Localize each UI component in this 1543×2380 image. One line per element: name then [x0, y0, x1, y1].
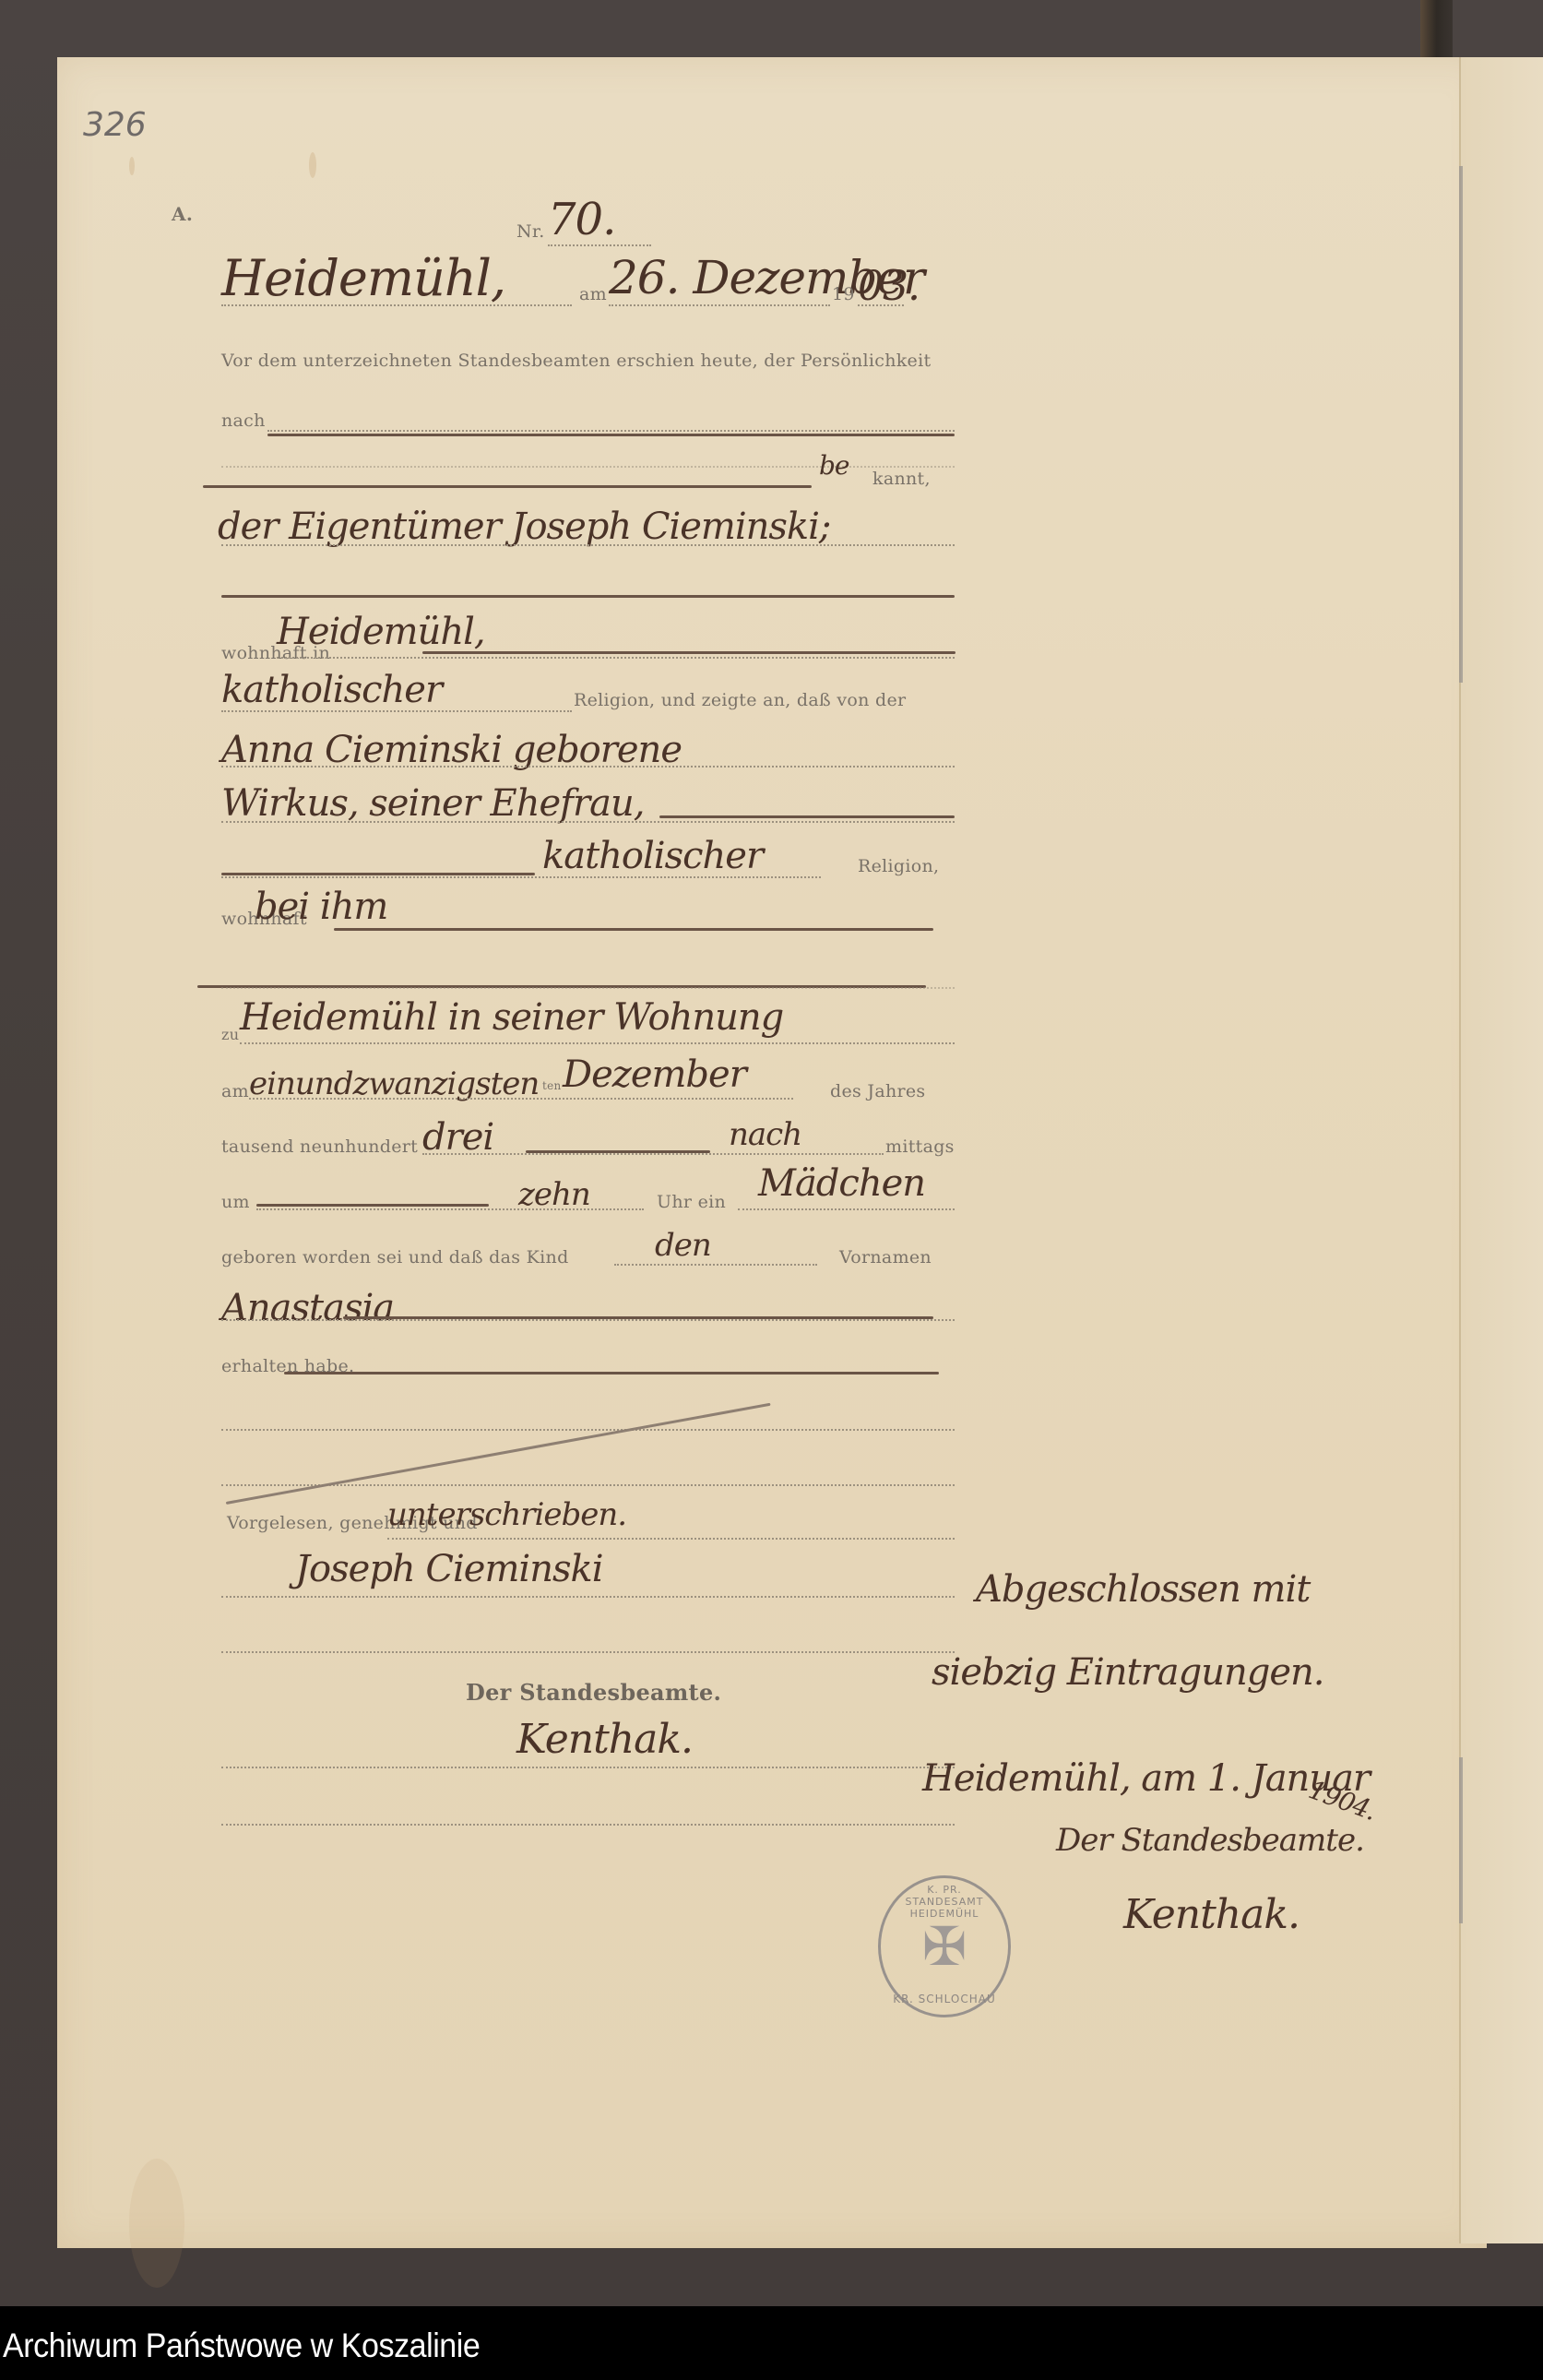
- mittags-label: mittags: [885, 1136, 955, 1157]
- paper-stain: [129, 157, 135, 175]
- rule: [221, 821, 955, 823]
- registrar-title: Der Standesbeamte.: [466, 1679, 721, 1706]
- mother-religion: katholischer: [542, 835, 763, 877]
- um-label: um: [221, 1192, 250, 1212]
- informant-religion: katholischer: [221, 669, 442, 711]
- blank-line: [334, 928, 933, 931]
- rule: [738, 1208, 955, 1210]
- signed-value: unterschrieben.: [387, 1496, 626, 1533]
- rule: [249, 1098, 793, 1100]
- intro-text: Vor dem unterzeichneten Standesbeamten e…: [221, 351, 931, 371]
- paper-stain: [129, 2159, 184, 2288]
- rule: [221, 544, 955, 546]
- rule: [609, 304, 830, 306]
- closing-note-registrar-title: Der Standesbeamte.: [1056, 1822, 1364, 1859]
- nach-label: nach: [221, 411, 266, 431]
- registrar-signature: Kenthak.: [516, 1716, 693, 1763]
- rule: [256, 1208, 644, 1210]
- blank-line: [422, 651, 955, 654]
- registration-place: Heidemühl,: [221, 249, 505, 307]
- des-jahres-label: des Jahres: [830, 1081, 925, 1101]
- kannt-prefix: be: [819, 450, 849, 481]
- mother-residence: bei ihm: [255, 886, 387, 928]
- blank-line: [221, 873, 535, 875]
- page-number-pencil: 326: [83, 106, 147, 144]
- birth-day: einundzwanzigsten: [249, 1065, 539, 1102]
- birth-hour: zehn: [518, 1176, 590, 1213]
- registry-office-stamp: K. PR. STANDESAMT HEIDEMÜHL ✠ KR. SCHLOC…: [878, 1875, 1011, 2017]
- rule: [277, 657, 955, 659]
- stamp-top-text: K. PR. STANDESAMT HEIDEMÜHL: [890, 1884, 999, 1920]
- closing-note-registrar-signature: Kenthak.: [1123, 1891, 1300, 1938]
- rule: [221, 304, 572, 306]
- archive-caption-bar: Archiwum Państwowe w Koszalinie: [0, 2306, 1543, 2380]
- binding-thread: [1459, 166, 1463, 683]
- am-label: am: [579, 284, 607, 304]
- blank-line: [203, 485, 812, 488]
- blank-line: [221, 595, 955, 598]
- year-suffix: 03.: [858, 263, 920, 310]
- blank-line: [284, 1372, 939, 1374]
- vor-nach-value: nach: [729, 1116, 801, 1153]
- rule: [422, 1153, 884, 1155]
- entry-number: 70.: [548, 194, 615, 245]
- am-label-2: am: [221, 1081, 249, 1101]
- name-article: den: [655, 1227, 711, 1264]
- nr-label: Nr.: [516, 221, 545, 242]
- rule: [221, 1596, 955, 1598]
- closing-note-line1: Abgeschlossen mit: [976, 1568, 1310, 1611]
- child-first-name: Anastasia: [221, 1287, 394, 1329]
- religion-label: Religion, und zeigte an, daß von der: [574, 690, 906, 710]
- blank-line: [343, 1316, 933, 1319]
- rule: [221, 766, 955, 768]
- informant-name: der Eigentümer Joseph Cieminski;: [218, 506, 830, 548]
- rule: [240, 1042, 955, 1044]
- year-prefix: 19: [832, 284, 855, 304]
- rule: [858, 304, 904, 306]
- binding-fold: [1459, 57, 1543, 2243]
- closing-note-line2: siebzig Eintragungen.: [932, 1651, 1323, 1694]
- zu-label: zu: [221, 1026, 239, 1043]
- archive-caption: Archiwum Państwowe w Koszalinie: [3, 2326, 480, 2365]
- religion-label-2: Religion,: [858, 856, 939, 876]
- eagle-emblem-icon: ✠: [922, 1915, 967, 1978]
- child-sex: Mädchen: [758, 1162, 925, 1205]
- blank-line: [267, 434, 955, 436]
- uhr-ein-label: Uhr ein: [657, 1192, 726, 1212]
- rule: [221, 1767, 955, 1768]
- residence-value: Heidemühl,: [277, 611, 485, 653]
- section-letter: A.: [172, 203, 193, 225]
- rule: [548, 244, 651, 246]
- rule: [221, 876, 821, 878]
- birth-place: Heidemühl in seiner Wohnung: [240, 996, 783, 1039]
- closing-note-place-date: Heidemühl, am 1. Januar: [922, 1757, 1370, 1800]
- rule: [221, 710, 572, 712]
- geboren-label: geboren worden sei und daß das Kind: [221, 1247, 569, 1267]
- binding-thread: [1459, 1757, 1463, 1923]
- tausend-label: tausend neunhundert: [221, 1136, 418, 1157]
- stamp-bottom-text: KR. SCHLOCHAU: [890, 1993, 999, 2005]
- paper-stain: [309, 152, 316, 178]
- rule: [221, 1429, 955, 1431]
- blank-line: [256, 1204, 489, 1207]
- birth-month: Dezember: [563, 1053, 746, 1096]
- rule: [221, 1651, 955, 1653]
- informant-signature: Joseph Cieminski: [295, 1548, 603, 1590]
- binding-edge: [1420, 0, 1453, 57]
- day-suffix: ten: [542, 1079, 562, 1092]
- rule: [267, 430, 955, 432]
- vornamen-label: Vornamen: [839, 1247, 932, 1267]
- rule: [221, 1824, 955, 1826]
- mother-maiden-name: Wirkus, seiner Ehefrau,: [221, 782, 644, 825]
- rule: [614, 1264, 817, 1266]
- rule: [221, 987, 955, 989]
- kannt-label: kannt,: [872, 469, 931, 489]
- blank-line: [659, 815, 955, 818]
- rule: [221, 1319, 955, 1321]
- rule: [387, 1538, 955, 1540]
